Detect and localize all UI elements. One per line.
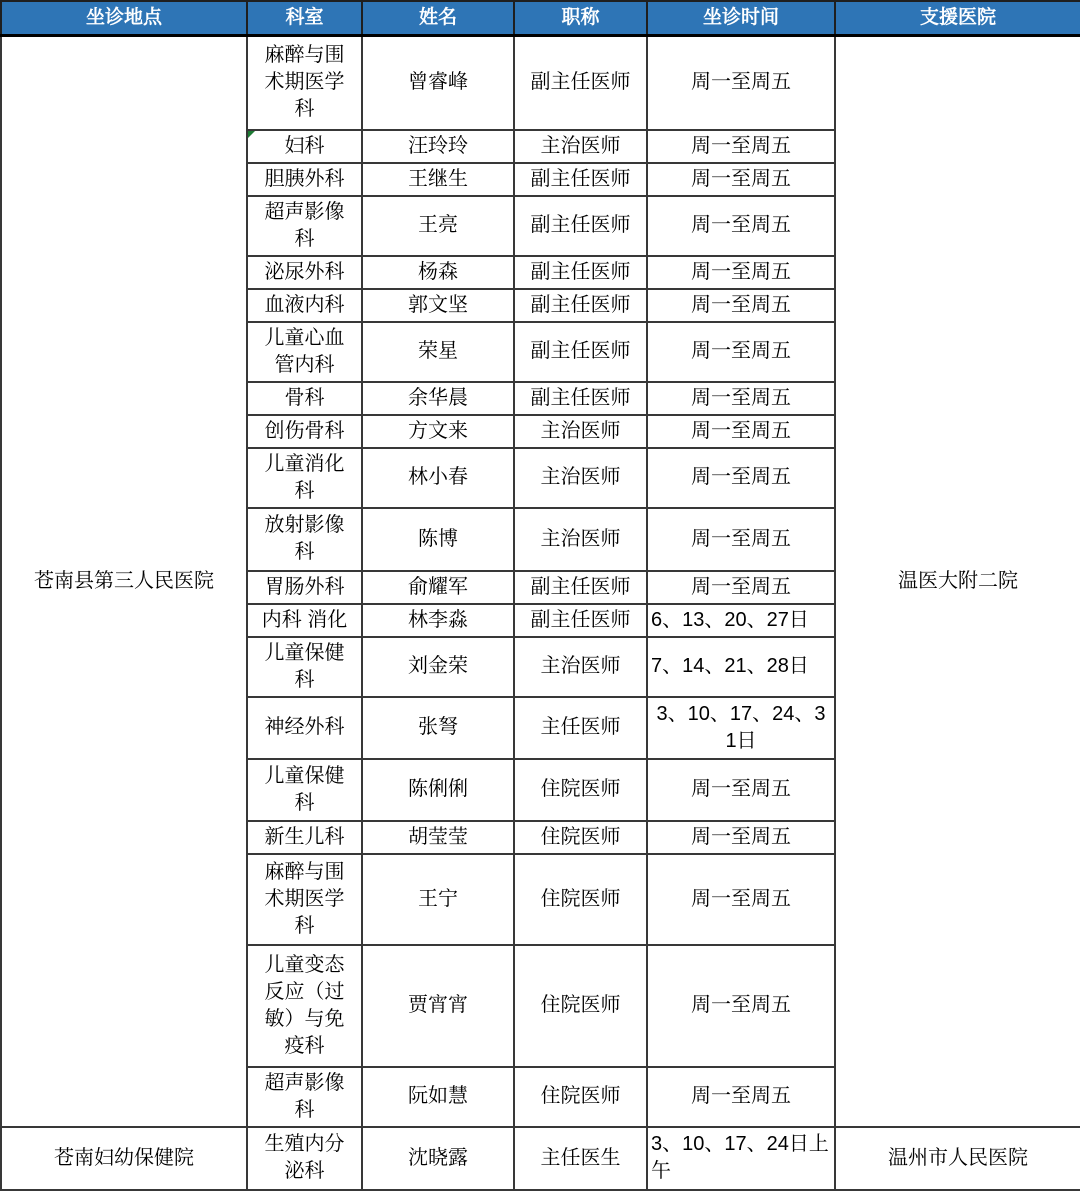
cell-dept: 新生儿科 bbox=[247, 821, 362, 854]
column-header-title: 职称 bbox=[514, 1, 647, 36]
doctor-schedule-page: 坐诊地点 科室 姓名 职称 坐诊时间 支援医院 苍南县第三人民医院 麻醉与围术期… bbox=[0, 0, 1080, 1191]
column-header-time: 坐诊时间 bbox=[647, 1, 835, 36]
cell-name: 曾睿峰 bbox=[362, 36, 514, 130]
cell-dept: 神经外科 bbox=[247, 697, 362, 759]
cell-title: 住院医师 bbox=[514, 759, 647, 821]
cell-dept: 胃肠外科 bbox=[247, 571, 362, 604]
cell-dept: 血液内科 bbox=[247, 289, 362, 322]
cell-name: 贾宵宵 bbox=[362, 945, 514, 1067]
cell-time: 周一至周五 bbox=[647, 448, 835, 508]
cell-dept: 骨科 bbox=[247, 382, 362, 415]
cell-location: 苍南妇幼保健院 bbox=[1, 1127, 247, 1190]
cell-name: 王亮 bbox=[362, 196, 514, 256]
cell-hospital: 温医大附二院 bbox=[835, 36, 1080, 1127]
cell-title: 住院医师 bbox=[514, 854, 647, 945]
cell-title: 副主任医师 bbox=[514, 163, 647, 196]
cell-dept: 妇科 bbox=[247, 130, 362, 163]
cell-title: 主治医师 bbox=[514, 637, 647, 697]
cell-time: 周一至周五 bbox=[647, 289, 835, 322]
cell-dept: 放射影像科 bbox=[247, 508, 362, 571]
cell-location: 苍南县第三人民医院 bbox=[1, 36, 247, 1127]
cell-name: 林李淼 bbox=[362, 604, 514, 637]
cell-time: 7、14、21、28日 bbox=[647, 637, 835, 697]
cell-dept: 创伤骨科 bbox=[247, 415, 362, 448]
cell-dept: 儿童消化科 bbox=[247, 448, 362, 508]
cell-name: 陈俐俐 bbox=[362, 759, 514, 821]
cell-dept: 儿童保健科 bbox=[247, 759, 362, 821]
column-header-department: 科室 bbox=[247, 1, 362, 36]
cell-time: 周一至周五 bbox=[647, 1067, 835, 1127]
cell-dept: 麻醉与围术期医学科 bbox=[247, 36, 362, 130]
cell-name: 荣星 bbox=[362, 322, 514, 382]
cell-dept: 胆胰外科 bbox=[247, 163, 362, 196]
cell-dept: 内科 消化 bbox=[247, 604, 362, 637]
cell-title: 副主任医师 bbox=[514, 36, 647, 130]
cell-name: 俞耀军 bbox=[362, 571, 514, 604]
cell-time: 周一至周五 bbox=[647, 163, 835, 196]
cell-title: 主治医师 bbox=[514, 508, 647, 571]
cell-time: 周一至周五 bbox=[647, 571, 835, 604]
header-row: 坐诊地点 科室 姓名 职称 坐诊时间 支援医院 bbox=[1, 1, 1080, 36]
column-header-location: 坐诊地点 bbox=[1, 1, 247, 36]
cell-time: 周一至周五 bbox=[647, 854, 835, 945]
cell-title: 副主任医师 bbox=[514, 256, 647, 289]
cell-name: 汪玲玲 bbox=[362, 130, 514, 163]
cell-time: 周一至周五 bbox=[647, 945, 835, 1067]
cell-title: 住院医师 bbox=[514, 1067, 647, 1127]
cell-dept: 儿童保健科 bbox=[247, 637, 362, 697]
cell-time: 周一至周五 bbox=[647, 759, 835, 821]
cell-time: 周一至周五 bbox=[647, 322, 835, 382]
cell-time: 周一至周五 bbox=[647, 382, 835, 415]
cell-dept: 生殖内分泌科 bbox=[247, 1127, 362, 1190]
cell-name: 杨森 bbox=[362, 256, 514, 289]
cell-name: 郭文坚 bbox=[362, 289, 514, 322]
column-header-name: 姓名 bbox=[362, 1, 514, 36]
cell-title: 副主任医师 bbox=[514, 322, 647, 382]
cell-time: 周一至周五 bbox=[647, 256, 835, 289]
table-row: 苍南妇幼保健院 生殖内分泌科 沈晓露 主任医生 3、10、17、24日上午 温州… bbox=[1, 1127, 1080, 1190]
cell-title: 主治医师 bbox=[514, 130, 647, 163]
cell-title: 主治医师 bbox=[514, 415, 647, 448]
cell-title: 主治医师 bbox=[514, 448, 647, 508]
cell-time: 3、10、17、24、31日 bbox=[647, 697, 835, 759]
cell-name: 余华晨 bbox=[362, 382, 514, 415]
cell-time: 6、13、20、27日 bbox=[647, 604, 835, 637]
cell-dept: 泌尿外科 bbox=[247, 256, 362, 289]
cell-dept: 麻醉与围术期医学科 bbox=[247, 854, 362, 945]
cell-name: 林小春 bbox=[362, 448, 514, 508]
cell-time: 周一至周五 bbox=[647, 415, 835, 448]
cell-name: 陈博 bbox=[362, 508, 514, 571]
cell-dept: 儿童变态反应（过敏）与免疫科 bbox=[247, 945, 362, 1067]
cell-title: 副主任医师 bbox=[514, 289, 647, 322]
cell-title: 住院医师 bbox=[514, 821, 647, 854]
cell-title: 主任医生 bbox=[514, 1127, 647, 1190]
cell-name: 胡莹莹 bbox=[362, 821, 514, 854]
table-row: 苍南县第三人民医院 麻醉与围术期医学科 曾睿峰 副主任医师 周一至周五 温医大附… bbox=[1, 36, 1080, 130]
cell-time: 周一至周五 bbox=[647, 508, 835, 571]
cell-name: 刘金荣 bbox=[362, 637, 514, 697]
cell-time: 周一至周五 bbox=[647, 821, 835, 854]
cell-time: 周一至周五 bbox=[647, 130, 835, 163]
cell-title: 副主任医师 bbox=[514, 382, 647, 415]
cell-name: 王继生 bbox=[362, 163, 514, 196]
cell-name: 方文来 bbox=[362, 415, 514, 448]
cell-title: 副主任医师 bbox=[514, 604, 647, 637]
cell-error-indicator-icon bbox=[248, 131, 255, 138]
dept-text: 妇科 bbox=[285, 135, 325, 157]
cell-dept: 儿童心血管内科 bbox=[247, 322, 362, 382]
cell-dept: 超声影像科 bbox=[247, 196, 362, 256]
cell-title: 副主任医师 bbox=[514, 196, 647, 256]
doctor-schedule-table: 坐诊地点 科室 姓名 职称 坐诊时间 支援医院 苍南县第三人民医院 麻醉与围术期… bbox=[0, 0, 1080, 1191]
cell-hospital: 温州市人民医院 bbox=[835, 1127, 1080, 1190]
cell-title: 住院医师 bbox=[514, 945, 647, 1067]
cell-name: 张弩 bbox=[362, 697, 514, 759]
column-header-hospital: 支援医院 bbox=[835, 1, 1080, 36]
cell-title: 主任医师 bbox=[514, 697, 647, 759]
cell-name: 王宁 bbox=[362, 854, 514, 945]
cell-time: 3、10、17、24日上午 bbox=[647, 1127, 835, 1190]
cell-time: 周一至周五 bbox=[647, 36, 835, 130]
cell-name: 阮如慧 bbox=[362, 1067, 514, 1127]
cell-name: 沈晓露 bbox=[362, 1127, 514, 1190]
cell-title: 副主任医师 bbox=[514, 571, 647, 604]
cell-time: 周一至周五 bbox=[647, 196, 835, 256]
cell-dept: 超声影像科 bbox=[247, 1067, 362, 1127]
